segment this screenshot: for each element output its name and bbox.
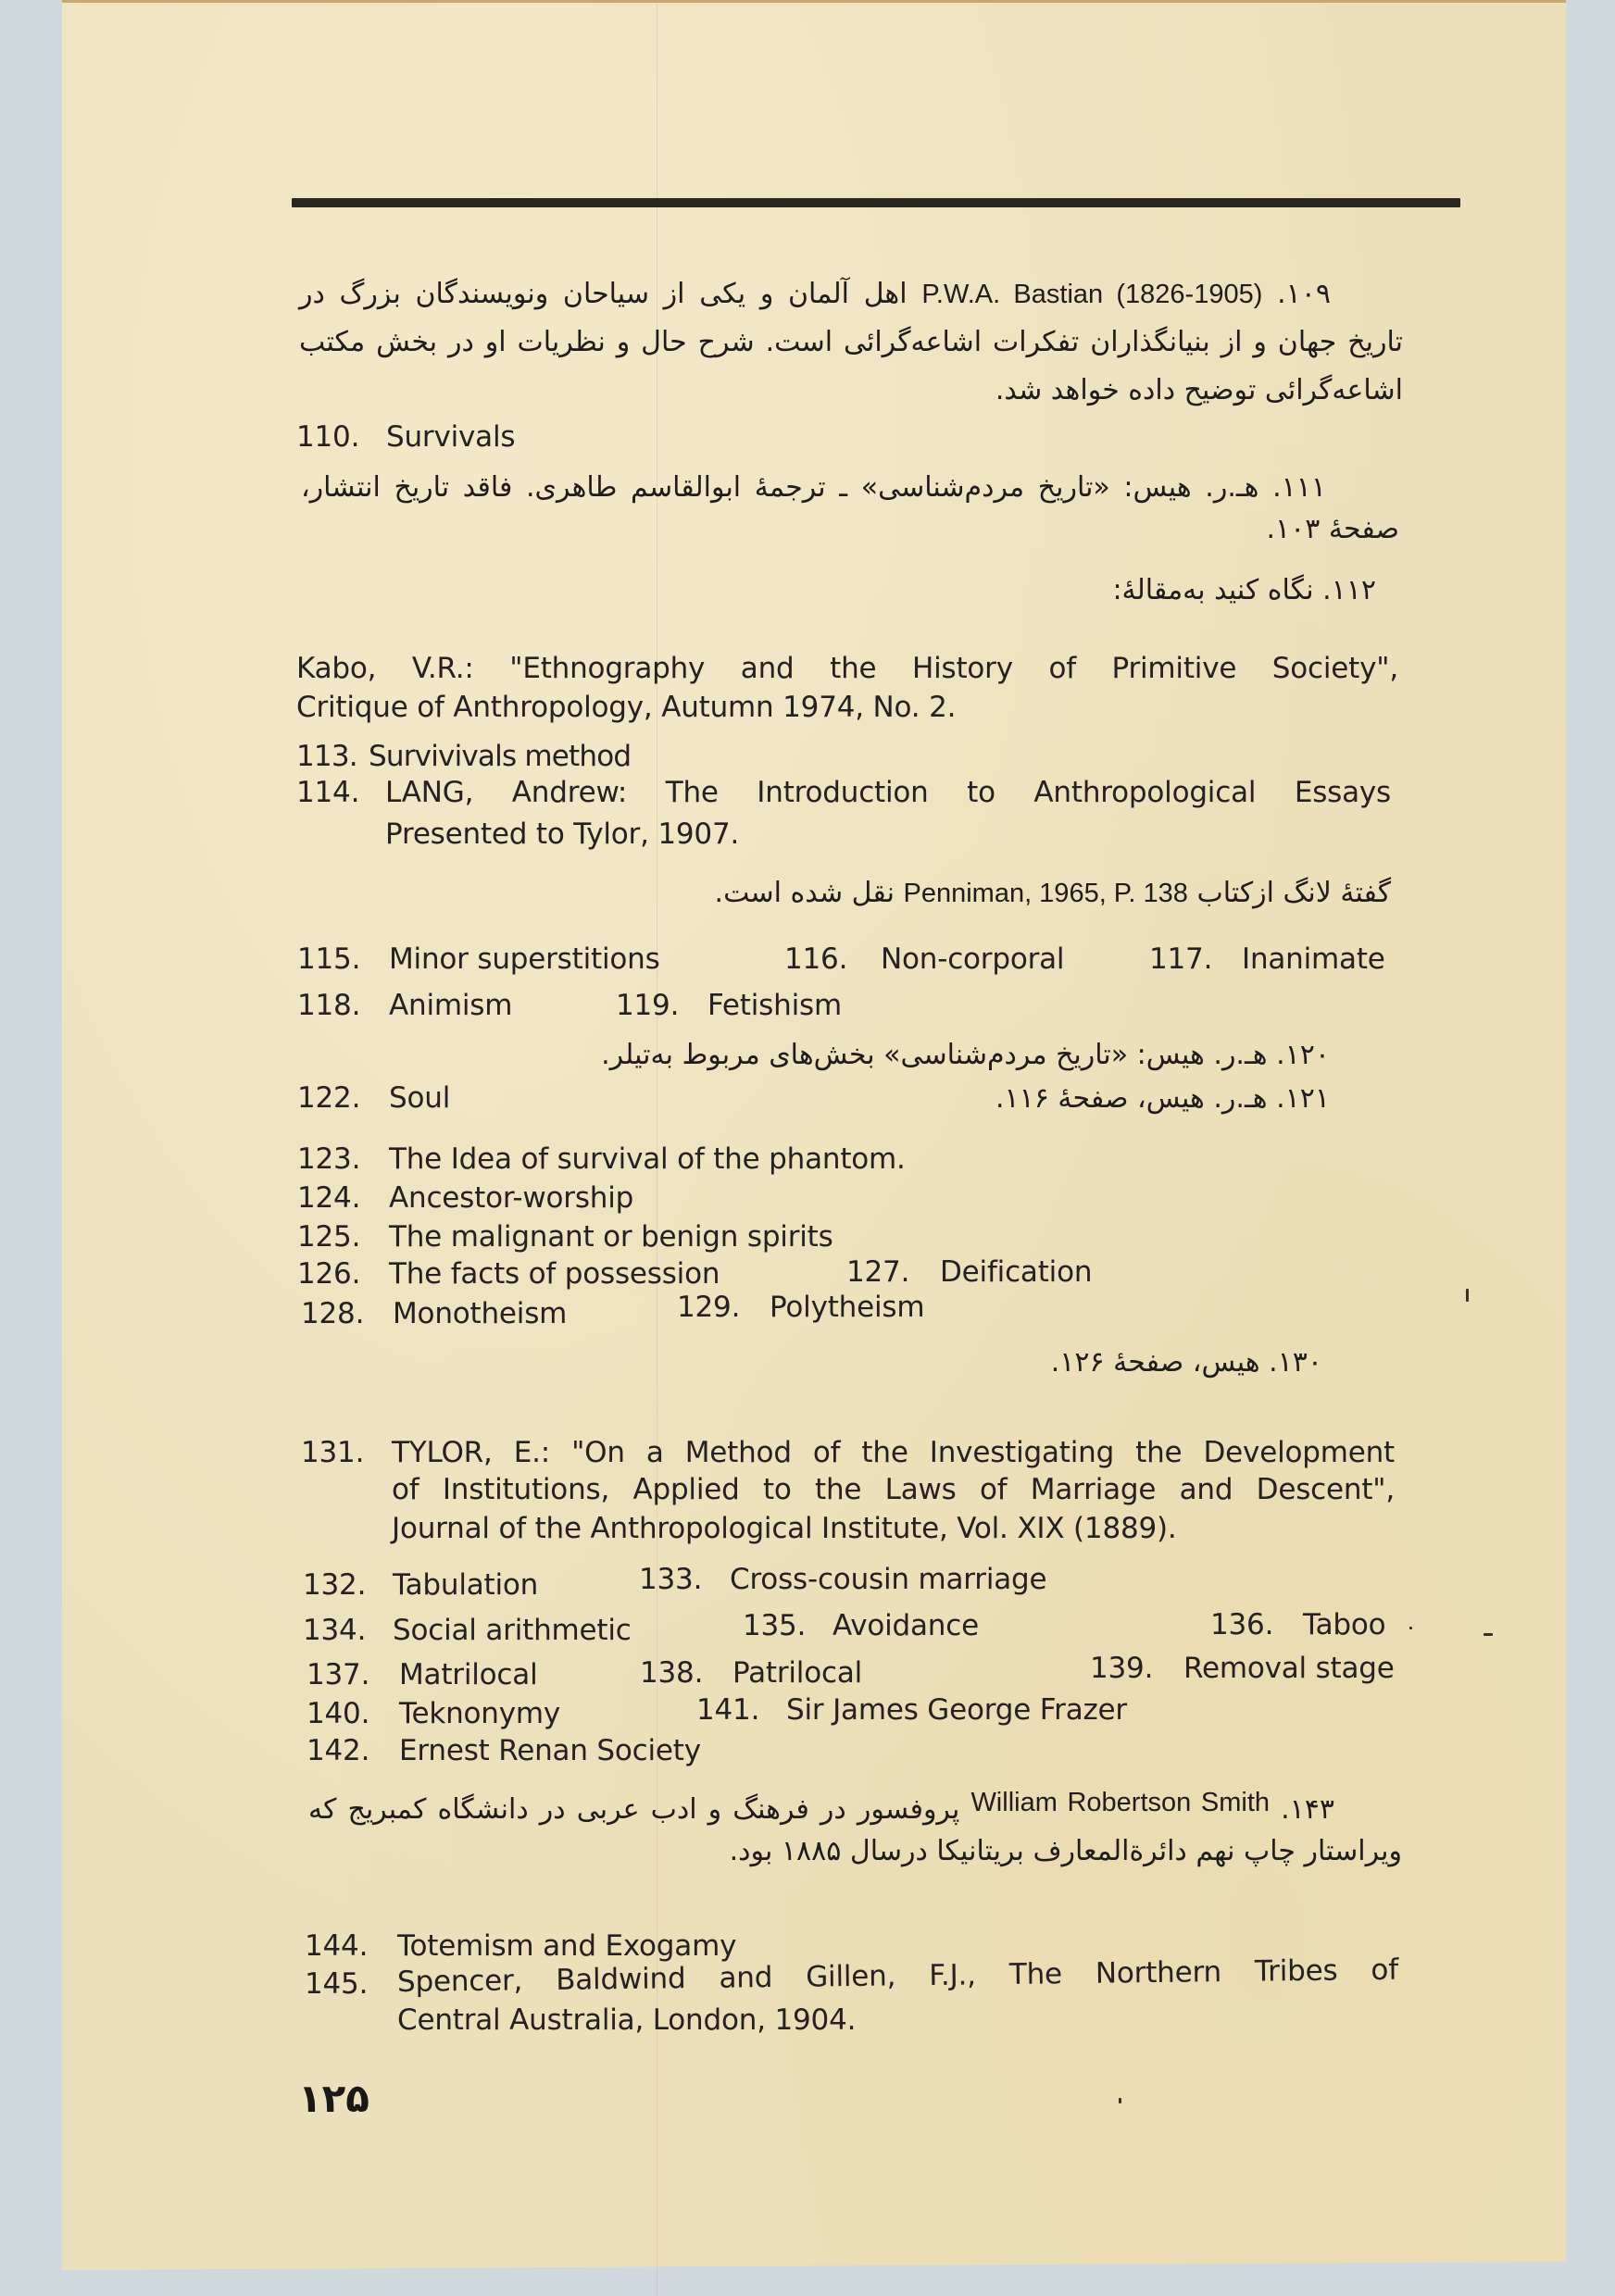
footnote-109-line-3: اشاعه‌گرائی توضیح داده خواهد شد. <box>995 377 1403 405</box>
footnote-text: Social arithmetic <box>393 1616 632 1645</box>
footnote-text: اهل آلمان و یکی از سیاحان ونویسندگان بزر… <box>299 278 908 310</box>
footnote-text: Monotheism <box>393 1300 567 1329</box>
footnote-number: 132. <box>303 1568 366 1602</box>
footnote-text: Removal stage <box>1183 1654 1395 1683</box>
footnote-number: 138. <box>640 1656 703 1690</box>
footnote-number: 126. <box>297 1257 360 1291</box>
footnote-number: 136. <box>1210 1608 1273 1641</box>
footnote-text: Cross-cousin marriage <box>730 1566 1046 1594</box>
footnote-139: 139. Removal stage <box>1090 1654 1153 1683</box>
footnote-number: 116. <box>784 942 847 976</box>
footnote-145-line-2: Central Australia, London, 1904. <box>397 2006 856 2035</box>
footnote-140: 140. Teknonymy <box>307 1700 369 1728</box>
footnote-116: 116. Non-corporal <box>784 945 847 974</box>
footnote-number: 141. <box>696 1693 759 1727</box>
footnote-number: 128. <box>301 1297 364 1330</box>
footnote-number: 118. <box>297 989 360 1022</box>
footnote-141: 141. Sir James George Frazer <box>696 1696 759 1725</box>
footnote-number: 134. <box>303 1614 366 1647</box>
footnote-number: 114. <box>296 776 359 809</box>
latin-name: P.W.A. Bastian (1826-1905) <box>921 280 1262 309</box>
footnote-122: 122. Soul <box>297 1084 360 1113</box>
reference-line-1: Kabo, V.R.: "Ethnography and the History… <box>296 655 1398 683</box>
footnote-number: ۱۰۹. <box>1277 278 1331 310</box>
footnote-number: 129. <box>677 1291 740 1324</box>
header-rule <box>292 198 1460 207</box>
footnote-text: The facts of possession <box>389 1260 720 1289</box>
footnote-text: Survivals <box>386 423 515 452</box>
footnote-text: The Idea of survival of the phantom. <box>389 1145 906 1174</box>
footnote-number: 123. <box>297 1142 360 1176</box>
footnote-text: Non-corporal <box>881 945 1064 974</box>
footnote-118: 118. Animism <box>297 992 360 1020</box>
footnote-number: 115. <box>297 942 360 976</box>
footnote-number: 140. <box>307 1697 369 1730</box>
footnote-text: Sir James George Frazer <box>786 1696 1127 1725</box>
footnote-120: ۱۲۰. هـ.ر. هیس: «تاریخ مردم‌شناسی» بخش‌ه… <box>601 1042 1330 1069</box>
footnote-text: Totemism and Exogamy <box>397 1932 736 1961</box>
footnote-123: 123. The Idea of survival of the phantom… <box>297 1145 360 1174</box>
footnote-144: 144. Totemism and Exogamy <box>305 1932 368 1961</box>
footnote-121: ۱۲۱. هـ.ر. هیس، صفحهٔ ۱۱۶. <box>995 1085 1330 1113</box>
footnote-113: 113. Survivivals method <box>296 742 357 771</box>
footnote-129: 129. Polytheism <box>677 1293 740 1322</box>
footnote-119: 119. Fetishism <box>616 992 679 1020</box>
footnote-109-line-2: تاریخ جهان و از بنیانگذاران تفکرات اشاعه… <box>299 329 1403 356</box>
footnote-number: 122. <box>297 1081 360 1115</box>
footnote-text-line-2: of Institutions, Applied to the Laws of … <box>392 1476 1395 1504</box>
scan-speck <box>1466 1289 1469 1302</box>
footnote-number: 139. <box>1090 1652 1153 1685</box>
footnote-111-line-1: ۱۱۱. هـ.ر. هیس: «تاریخ مردم‌شناسی» ـ ترج… <box>301 474 1326 502</box>
footnote-114-persian-note: گفتهٔ لانگ ازکتاب Penniman, 1965, P. 138… <box>715 880 1391 907</box>
footnote-text: Patrilocal <box>732 1659 862 1688</box>
page-number: ۱۲۵ <box>298 2079 369 2118</box>
footnote-text: Matrilocal <box>399 1661 538 1690</box>
footnote-143-line-1: ۱۴۳. William Robertson Smith پروفسور در … <box>308 1796 1334 1824</box>
footnote-text: Survivivals method <box>369 742 631 771</box>
footnote-number: 125. <box>297 1220 360 1254</box>
footnote-135: 135. Avoidance <box>743 1612 806 1641</box>
latin-citation: Penniman, 1965, P. 138 <box>903 879 1187 908</box>
footnote-131-line-3: Journal of the Anthropological Institute… <box>392 1515 1177 1543</box>
footnote-text: Teknonymy <box>399 1700 560 1728</box>
footnote-text: Tabulation <box>393 1571 538 1600</box>
scan-speck <box>1119 2098 1121 2103</box>
footnote-text: The malignant or benign spirits <box>389 1223 833 1252</box>
footnote-number: 110. <box>296 420 359 454</box>
footnote-145: 145. Spencer, Baldwind and Gillen, F.J.,… <box>305 1970 368 1999</box>
reference-kabo-line-2: Critique of Anthropology, Autumn 1974, N… <box>296 693 956 722</box>
note-text-after: نقل شده است. <box>715 877 895 909</box>
footnote-112: ۱۱۲. نگاه کنید به‌مقالهٔ: <box>1112 577 1376 605</box>
footnote-number: 119. <box>616 989 679 1022</box>
footnote-text: پروفسور در فرهنگ و ادب عربی در دانشگاه ک… <box>308 1793 959 1826</box>
footnote-114: 114. LANG, Andrew: The Introduction to A… <box>296 779 359 807</box>
footnote-125: 125. The malignant or benign spirits <box>297 1223 360 1252</box>
footnote-133: 133. Cross-cousin marriage <box>639 1566 702 1594</box>
footnote-126: 126. The facts of possession <box>297 1260 360 1289</box>
scan-speck <box>1409 1627 1412 1629</box>
footnote-110: 110. Survivals <box>296 423 359 452</box>
footnote-117: 117. Inanimate <box>1149 945 1212 974</box>
footnote-127: 127. Deification <box>846 1258 909 1287</box>
footnote-132: 132. Tabulation <box>303 1571 366 1600</box>
footnote-142: 142. Ernest Renan Society <box>307 1737 369 1766</box>
footnote-text: Ancestor-worship <box>389 1184 633 1213</box>
footnote-114-line-2: Presented to Tylor, 1907. <box>385 820 739 849</box>
footnote-137: 137. Matrilocal <box>307 1661 369 1690</box>
footnote-text: Deification <box>940 1258 1092 1287</box>
footnote-text: Fetishism <box>707 992 842 1020</box>
footnote-number: 133. <box>639 1563 702 1596</box>
footnote-number: 113. <box>296 740 357 773</box>
footnote-text: Polytheism <box>770 1293 924 1322</box>
footnote-number: 137. <box>307 1658 369 1691</box>
footnote-143-line-2: ویراستار چاپ نهم دائرةالمعارف بریتانیکا … <box>730 1838 1402 1865</box>
footnote-text: Taboo <box>1303 1611 1385 1640</box>
footnote-number: 124. <box>297 1181 360 1215</box>
footnote-number: 144. <box>305 1929 368 1963</box>
footnote-number: 117. <box>1149 942 1212 976</box>
footnote-136: 136. Taboo <box>1210 1611 1273 1640</box>
footnote-number: 142. <box>307 1734 369 1767</box>
footnote-138: 138. Patrilocal <box>640 1659 703 1688</box>
footnote-text-line-1: TYLOR, E.: "On a Method of the Investiga… <box>392 1439 1395 1467</box>
footnote-130: ۱۳۰. هیس، صفحهٔ ۱۲۶. <box>1051 1349 1322 1377</box>
footnote-number: 135. <box>743 1609 806 1642</box>
footnote-number: 145. <box>305 1967 368 2001</box>
footnote-115: 115. Minor superstitions <box>297 945 360 974</box>
footnote-134: 134. Social arithmetic <box>303 1616 366 1645</box>
footnote-number: 127. <box>846 1255 909 1289</box>
footnote-131: 131. TYLOR, E.: "On a Method of the Inve… <box>301 1439 364 1467</box>
footnote-text: Inanimate <box>1242 945 1385 974</box>
scan-speck <box>1484 1633 1493 1636</box>
note-text-before: گفتهٔ لانگ ازکتاب <box>1196 877 1391 909</box>
footnote-text-line-1: LANG, Andrew: The Introduction to Anthro… <box>385 779 1391 807</box>
footnote-text: Soul <box>389 1084 450 1113</box>
footnote-124: 124. Ancestor-worship <box>297 1184 360 1213</box>
footnote-109-line-1: ۱۰۹. P.W.A. Bastian (1826-1905) اهل آلما… <box>299 281 1331 308</box>
footnote-text: Animism <box>389 992 512 1020</box>
latin-name: William Robertson Smith <box>970 1788 1270 1817</box>
footnote-128: 128. Monotheism <box>301 1300 364 1329</box>
footnote-number: 131. <box>301 1436 364 1469</box>
footnote-text: Ernest Renan Society <box>399 1737 701 1766</box>
footnote-111-line-2: صفحهٔ ۱۰۳. <box>1266 516 1399 543</box>
footnote-number: ۱۴۳. <box>1281 1793 1334 1826</box>
footnote-text: Avoidance <box>833 1612 979 1641</box>
footnote-text: Minor superstitions <box>389 945 660 974</box>
